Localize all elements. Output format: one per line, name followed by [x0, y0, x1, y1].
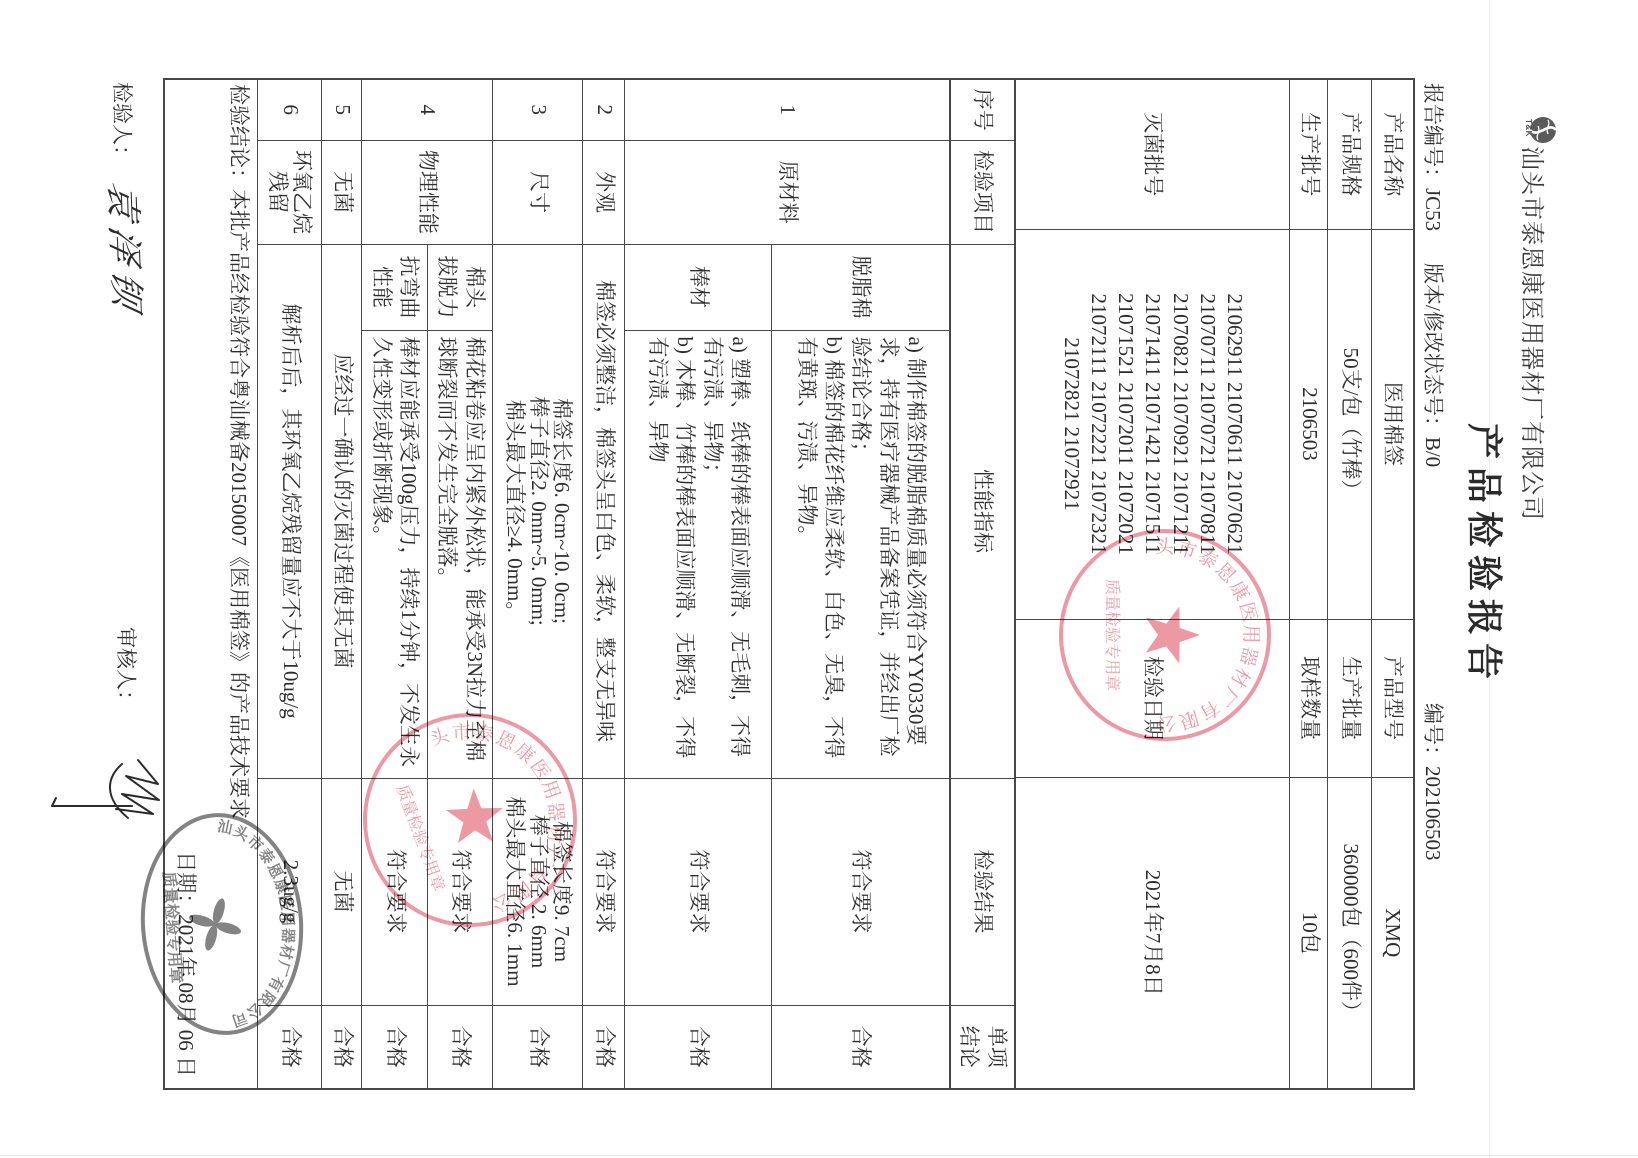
product-name-value: 医用棉签 — [1372, 229, 1414, 619]
report-number-value: JC53 — [1421, 188, 1445, 231]
row-item: 物理性能 — [362, 140, 493, 244]
report-number-label: 报告编号： — [1421, 83, 1445, 188]
table-row: 2 外观 棉签必须整洁，棉签头呈白色、柔软，整支无异味 符合要求 合格 — [583, 79, 625, 1089]
verdict-text: 合格 — [772, 1005, 950, 1089]
reviewer-label: 审核人： — [112, 627, 142, 711]
info-row: 产品名称 医用棉签 产品型号 XMQ — [1372, 79, 1414, 1089]
stamp-subtext: 质量检验专用章 — [159, 871, 186, 984]
verdict-text: 合格 — [428, 1005, 493, 1089]
scan-edge-line — [0, 1155, 1638, 1156]
info-row: 生产批号 2106503 取样数量 10包 — [1290, 79, 1328, 1089]
stamp-subtext: 质量检验专用章 — [393, 782, 449, 894]
production-quantity-value: 360000包（600件） — [1328, 777, 1372, 1089]
spec-text: a) 制作棉签的脱脂棉质量必须符合YY0330要 求，持有医疗器械产品备案凭证，… — [772, 330, 950, 778]
table-header-row: 序号 检验项目 性能指标 检验结果 单项 结论 — [950, 79, 1015, 1089]
conclusion-label: 检验结论： — [228, 84, 252, 189]
sub-item-label: 棒材 — [625, 244, 772, 330]
stamp-subtext: 质量检验专用章 — [1103, 579, 1122, 691]
sub-item-label: 棉头 拔脱力 — [428, 244, 493, 330]
page-title: 产品检验报告 — [1461, 423, 1512, 687]
verdict-text: 合格 — [362, 1005, 428, 1089]
header-no: 序号 — [950, 79, 1015, 140]
flower-emblem-icon — [186, 896, 244, 954]
sample-quantity-value: 10包 — [1290, 777, 1328, 1089]
spec-text: a) 塑棒、纸棒的棒表面应顺滑、无毛刺，不得 有污渍、异物； b) 木棒、竹棒的… — [625, 330, 772, 778]
batch-number-value: 2106503 — [1290, 229, 1328, 619]
product-spec-value: 50支/包（竹棒） — [1328, 229, 1372, 619]
sub-item-label: 抗弯曲 性能 — [362, 244, 428, 330]
header-verdict: 单项 结论 — [950, 1005, 1015, 1089]
result-text: 符合要求 — [772, 778, 950, 1005]
row-item: 原材料 — [625, 140, 950, 244]
header-item: 检验项目 — [950, 140, 1015, 244]
inspector-label: 检验人： — [108, 82, 138, 166]
serial-label: 编号： — [1421, 703, 1445, 766]
info-row: 产品规格 50支/包（竹棒） 生产批量 360000包（600件） — [1328, 79, 1372, 1089]
sterilization-batch-label: 灭菌批号 — [1015, 79, 1290, 229]
serial-value: 202106503 — [1421, 766, 1445, 861]
quality-inspection-stamp-oval: 汕头市泰恩康医用器材厂有限公司 质量检验专用章 — [129, 803, 315, 1044]
product-name-label: 产品名称 — [1372, 79, 1414, 229]
company-logo-icon — [1529, 116, 1557, 144]
verdict-text: 合格 — [583, 1005, 625, 1089]
inspection-report-page: T&K 汕头市泰恩康医用器材厂有限公司 产品检验报告 报告编号：JC53 版本/… — [0, 0, 1638, 1158]
row-no: 1 — [625, 79, 950, 140]
inspection-date-value: 2021年7月8日 — [1015, 777, 1290, 1089]
product-model-label: 产品型号 — [1372, 619, 1414, 777]
product-spec-label: 产品规格 — [1328, 79, 1372, 229]
row-no: 6 — [258, 79, 322, 140]
spec-text: 应经过一确认的灭菌过程使其无菌 — [322, 244, 362, 778]
row-no: 3 — [493, 79, 583, 140]
report-number: 报告编号：JC53 — [1419, 83, 1449, 231]
batch-number-label: 生产批号 — [1290, 79, 1328, 229]
row-item: 环氧乙烷 残留 — [258, 140, 322, 244]
table-row: 5 无菌 应经过一确认的灭菌过程使其无菌 无菌 合格 — [322, 79, 362, 1089]
svg-text:汕头市泰恩康医用器材厂有限公司: 汕头市泰恩康医用器材厂有限公司 — [215, 813, 304, 1031]
company-name: 汕头市泰恩康医用器材厂有限公司 — [1517, 146, 1552, 521]
table-row: 1 原材料 脱脂棉 a) 制作棉签的脱脂棉质量必须符合YY0330要 求，持有医… — [772, 79, 950, 1089]
header-result: 检验结果 — [950, 778, 1015, 1005]
star-icon — [1146, 607, 1200, 664]
table-row: 3 尺寸 棉签长度6. 0cm~10. 0cm; 棒子直径2. 0mm~5. 0… — [493, 79, 583, 1089]
spec-text: 棒材应能承受100g压力，持续1分钟，不发生永 久性变形或折断现象。 — [362, 330, 428, 778]
conclusion-text: 本批产品经检验符合粤汕械备20150007《医用棉签》的产品技术要求 — [228, 189, 252, 819]
verdict-text: 合格 — [625, 1005, 772, 1089]
inspector-signature: 袁泽钡 — [99, 178, 155, 322]
version-status: 版本/修改状态号：B/0 — [1419, 263, 1449, 467]
result-text: 符合要求 — [625, 778, 772, 1005]
serial-number: 编号：202106503 — [1419, 703, 1449, 861]
stamp-arc-text: 汕头市泰恩康医用器材厂有限公司 — [215, 813, 304, 1031]
sub-item-label: 脱脂棉 — [772, 244, 950, 330]
version-label: 版本/修改状态号： — [1421, 263, 1445, 437]
row-item: 无菌 — [322, 140, 362, 244]
row-item: 尺寸 — [493, 140, 583, 244]
spec-text: 解析后后，其环氧乙烷残留量应不大于10ug/g — [258, 244, 322, 778]
row-no: 5 — [322, 79, 362, 140]
sample-quantity-label: 取样数量 — [1290, 619, 1328, 777]
row-no: 2 — [583, 79, 625, 140]
version-value: B/0 — [1421, 437, 1445, 467]
header-spec: 性能指标 — [950, 244, 1015, 778]
logo-text: T&K — [1524, 119, 1533, 137]
row-item: 外观 — [583, 140, 625, 244]
verdict-text: 合格 — [493, 1005, 583, 1089]
verdict-text: 合格 — [322, 1005, 362, 1089]
conclusion-statement: 检验结论：本批产品经检验符合粤汕械备20150007《医用棉签》的产品技术要求 — [225, 84, 252, 819]
spec-text: 棉签必须整洁，棉签头呈白色、柔软，整支无异味 — [583, 244, 625, 778]
production-quantity-label: 生产批量 — [1328, 619, 1372, 777]
product-model-value: XMQ — [1372, 777, 1414, 1089]
row-no: 4 — [362, 79, 493, 140]
star-icon — [442, 781, 513, 853]
quality-seal-stamp-round: 汕头市泰恩康医用器材厂有限公司 质量检验专用章 — [1055, 525, 1275, 745]
